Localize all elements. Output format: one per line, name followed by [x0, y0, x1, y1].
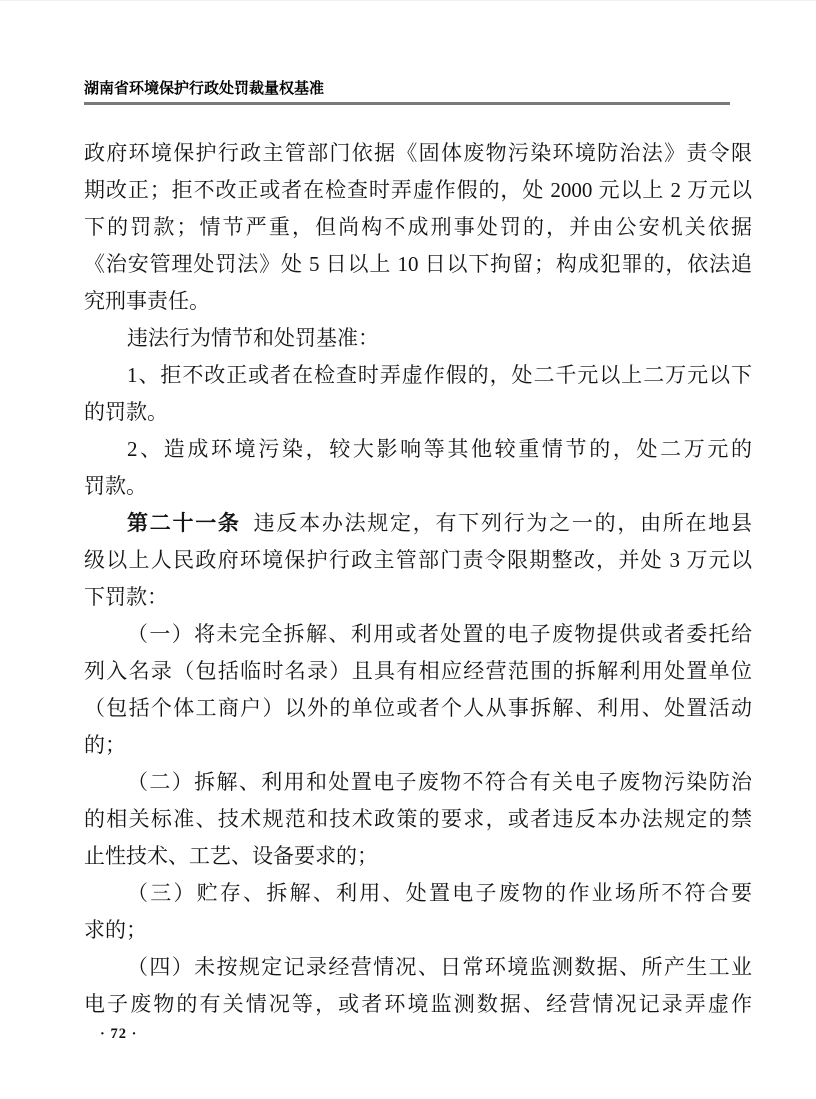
- body-line: 的；: [84, 727, 752, 764]
- body-line: 2、造成环境污染，较大影响等其他较重情节的，处二万元的: [84, 431, 752, 468]
- running-header-title: 湖南省环境保护行政处罚裁量权基准: [84, 77, 324, 98]
- body-line: 的罚款。: [84, 394, 752, 431]
- body-line: 的相关标准、技术规范和技术政策的要求，或者违反本办法规定的禁: [84, 801, 752, 838]
- body-line: （包括个体工商户）以外的单位或者个人从事拆解、利用、处置活动: [84, 690, 752, 727]
- document-page: 湖南省环境保护行政处罚裁量权基准 政府环境保护行政主管部门依据《固体废物污染环境…: [0, 0, 816, 1099]
- body-line: （二）拆解、利用和处置电子废物不符合有关电子废物污染防治: [84, 764, 752, 801]
- body-line: （一）将未完全拆解、利用或者处置的电子废物提供或者委托给: [84, 616, 752, 653]
- body-line: 究刑事责任。: [84, 283, 752, 320]
- body-line-text: 违反本办法规定，有下列行为之一的，由所在地县: [254, 511, 752, 535]
- body-line: 级以上人民政府环境保护行政主管部门责令限期整改，并处 3 万元以: [84, 542, 752, 579]
- body-line: 《治安管理处罚法》处 5 日以上 10 日以下拘留；构成犯罪的，依法追: [84, 246, 752, 283]
- body-line: 期改正；拒不改正或者在检查时弄虚作假的，处 2000 元以上 2 万元以: [84, 172, 752, 209]
- article-number-lead: 第二十一条: [127, 511, 254, 535]
- body-line: 电子废物的有关情况等，或者环境监测数据、经营情况记录弄虚作: [84, 986, 752, 1023]
- body-line: 政府环境保护行政主管部门依据《固体废物污染环境防治法》责令限: [84, 135, 752, 172]
- body-line: 止性技术、工艺、设备要求的；: [84, 838, 752, 875]
- body-line: 罚款。: [84, 468, 752, 505]
- page-number: · 72 ·: [100, 1026, 137, 1043]
- header-rule-divider: [84, 102, 730, 105]
- body-line: 下罚款：: [84, 579, 752, 616]
- body-line: 列入名录（包括临时名录）且具有相应经营范围的拆解利用处置单位: [84, 653, 752, 690]
- body-line: 求的；: [84, 912, 752, 949]
- body-line: 第二十一条违反本办法规定，有下列行为之一的，由所在地县: [84, 505, 752, 542]
- body-line: 下的罚款；情节严重，但尚构不成刑事处罚的，并由公安机关依据: [84, 209, 752, 246]
- body-line: （三）贮存、拆解、利用、处置电子废物的作业场所不符合要: [84, 875, 752, 912]
- body-line: 1、拒不改正或者在检查时弄虚作假的，处二千元以上二万元以下: [84, 357, 752, 394]
- body-line: 违法行为情节和处罚基准：: [84, 320, 752, 357]
- body-text: 政府环境保护行政主管部门依据《固体废物污染环境防治法》责令限 期改正；拒不改正或…: [84, 135, 752, 1023]
- body-line: （四）未按规定记录经营情况、日常环境监测数据、所产生工业: [84, 949, 752, 986]
